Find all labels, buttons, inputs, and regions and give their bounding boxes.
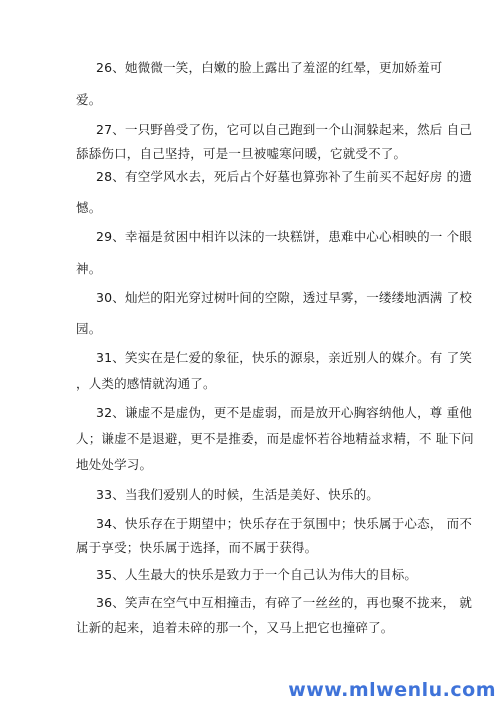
paragraph-36-line-2: 让新的起来，追着未碎的那一个，又马上把它也撞碎了。: [76, 620, 394, 636]
watermark-link[interactable]: www.mlwenlu.com: [288, 679, 496, 701]
paragraph-31-line-1: 31、笑实在是仁爱的象征，快乐的源泉，亲近别人的媒介。有 了笑: [96, 350, 472, 366]
paragraph-30-line-2: 园。: [76, 321, 101, 337]
paragraph-27-line-2: 舔舔伤口，自己坚持，可是一旦被嘘寒问暖，它就受不了。: [76, 146, 406, 162]
paragraph-32-line-2: 人；谦虚不是退避，更不是推委，而是虚怀若谷地精益求精，不 耻下问: [76, 431, 474, 447]
paragraph-36-line-1: 36、笑声在空气中互相撞击，有碎了一丝丝的，再也聚不拢来， 就: [96, 595, 472, 611]
paragraph-32-line-1: 32、谦虚不是虚伪，更不是虚弱，而是放开心胸容纳他人，尊 重他: [96, 405, 472, 421]
paragraph-27-line-1: 27、一只野兽受了伤，它可以自己跑到一个山洞躲起来，然后 自己: [96, 122, 472, 138]
paragraph-26-line-2: 爱。: [76, 92, 101, 108]
paragraph-26-line-1: 26、她微微一笑，白嫩的脸上露出了羞涩的红晕，更加娇羞可: [96, 60, 443, 76]
paragraph-33-line-1: 33、当我们爱别人的时候，生活是美好、快乐的。: [96, 487, 379, 503]
paragraph-28-line-2: 憾。: [76, 200, 101, 216]
paragraph-28-line-1: 28、有空学风水去，死后占个好墓也算弥补了生前买不起好房 的遗: [96, 169, 472, 185]
paragraph-29-line-1: 29、幸福是贫困中相许以沫的一块糕饼，患难中心心相映的一 个眼: [96, 229, 472, 245]
paragraph-29-line-2: 神。: [76, 261, 101, 277]
paragraph-34-line-1: 34、快乐存在于期望中；快乐存在于氛围中；快乐属于心态， 而不: [96, 516, 472, 532]
paragraph-32-line-3: 地处处学习。: [76, 457, 152, 473]
document-page: 26、她微微一笑，白嫩的脸上露出了羞涩的红晕，更加娇羞可 爱。 27、一只野兽受…: [0, 0, 500, 707]
paragraph-31-line-2: ，人类的感情就沟通了。: [76, 376, 216, 392]
paragraph-30-line-1: 30、灿烂的阳光穿过树叶间的空隙，透过早雾，一缕缕地洒满 了校: [96, 290, 472, 306]
paragraph-34-line-2: 属于享受；快乐属于选择，而不属于获得。: [76, 540, 317, 556]
paragraph-35-line-1: 35、人生最大的快乐是致力于一个自己认为伟大的目标。: [96, 567, 417, 583]
